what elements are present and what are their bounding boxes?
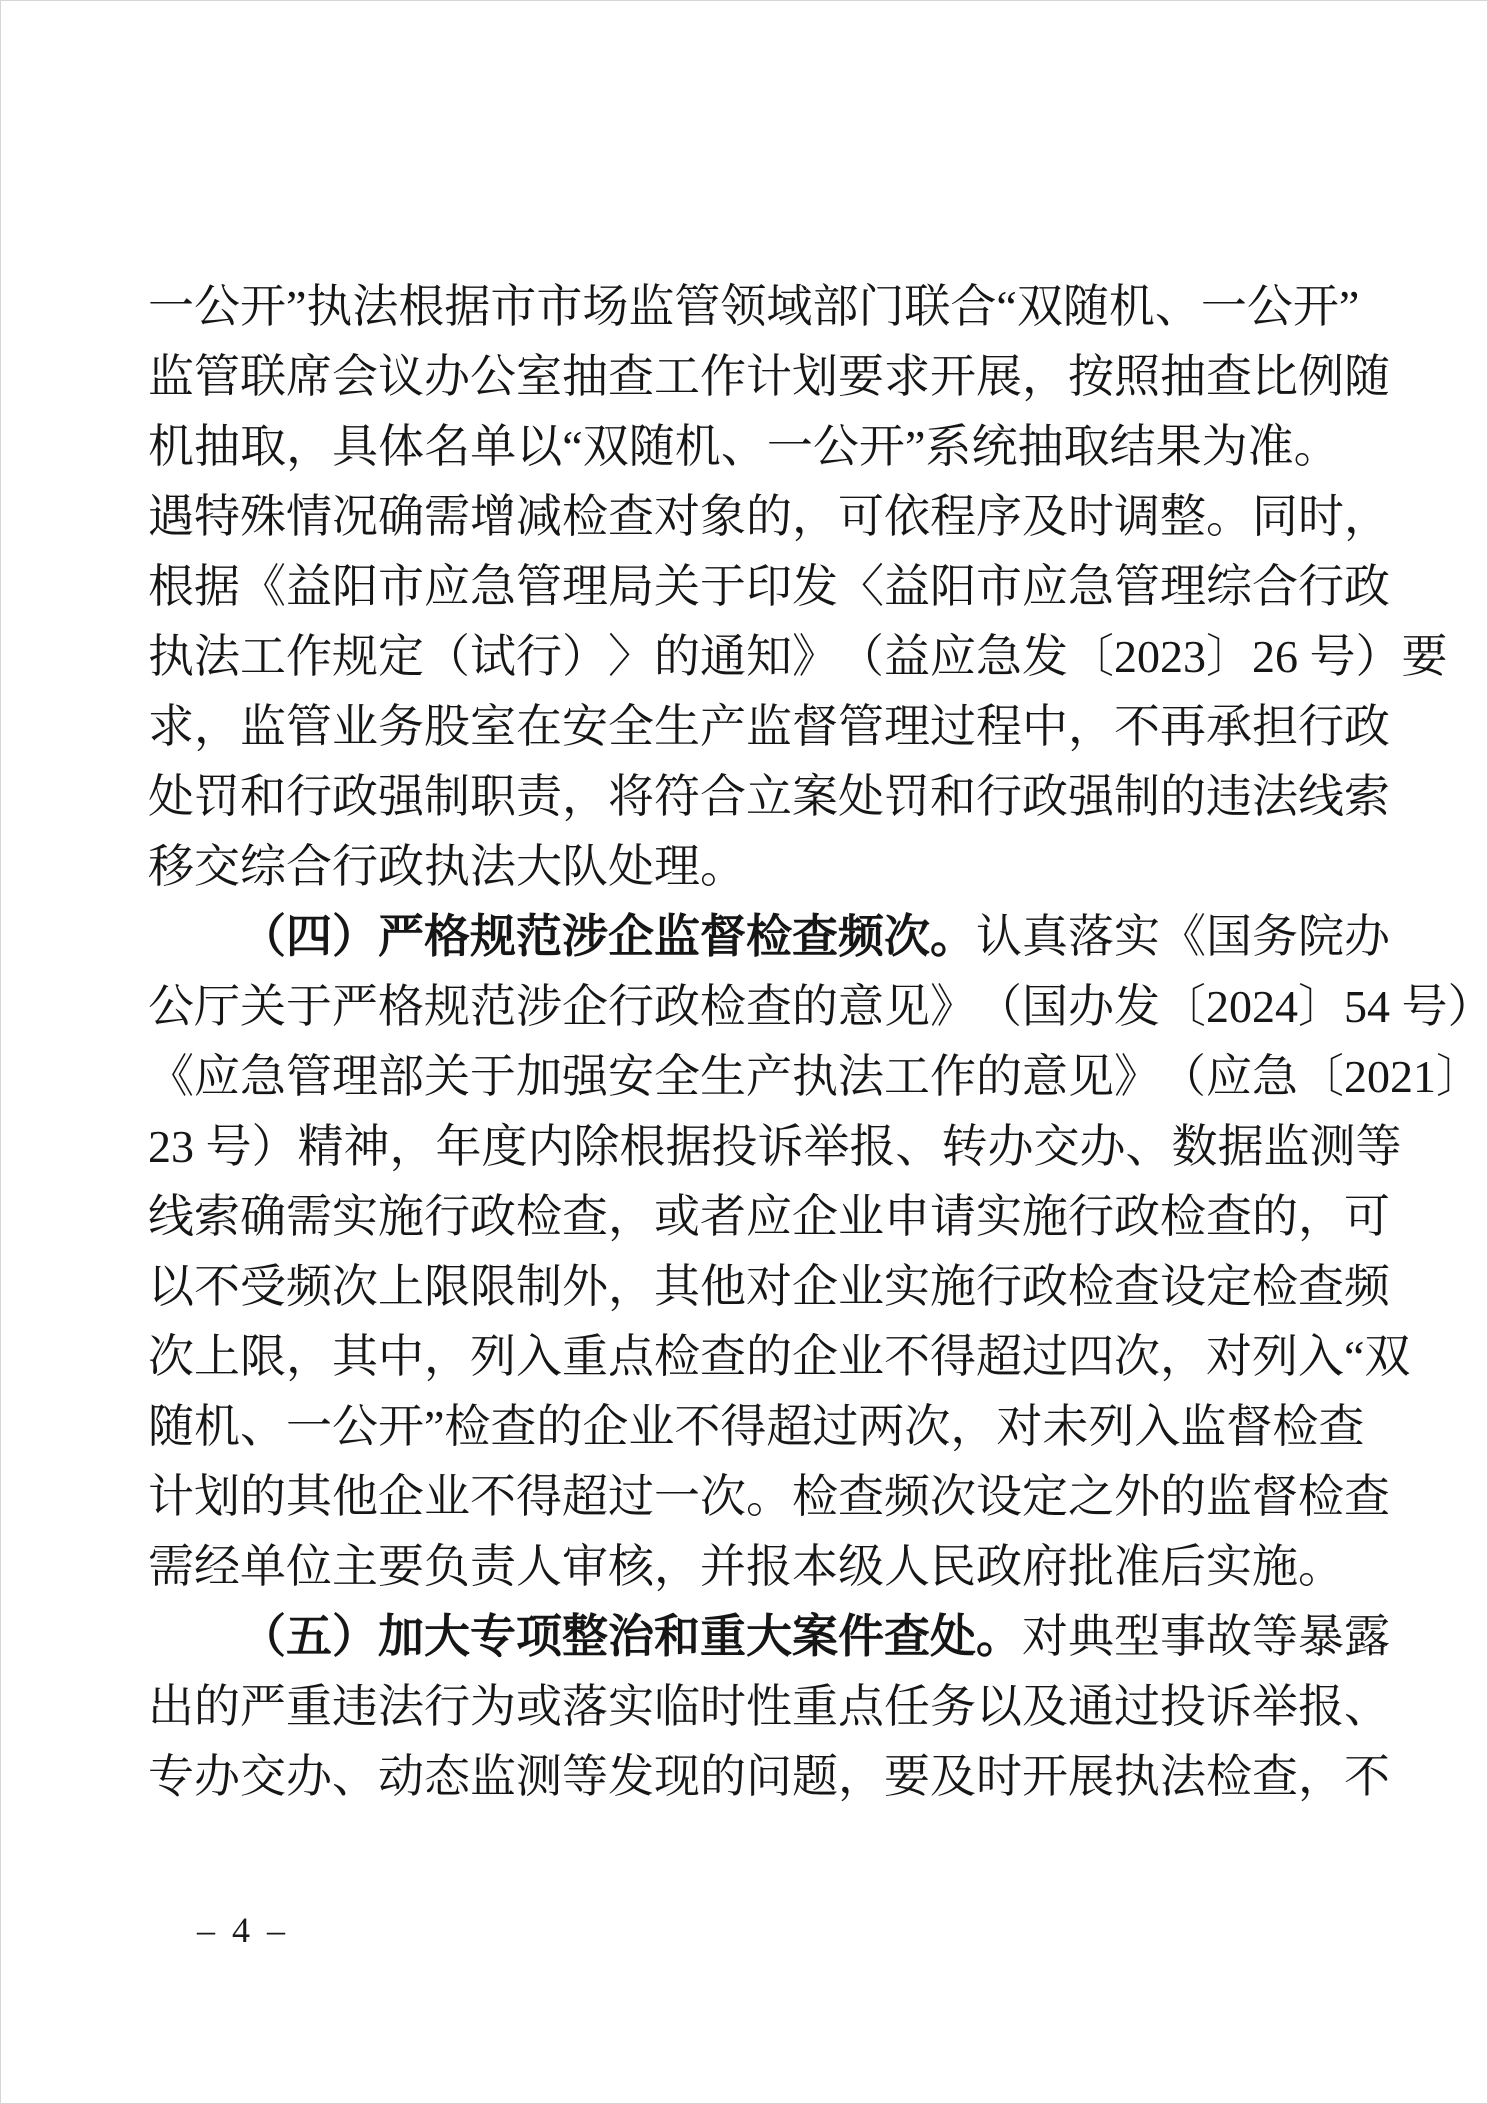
body-char: 实	[332, 1194, 378, 1240]
body-char: 落	[562, 1684, 608, 1730]
body-char: 监	[628, 284, 674, 330]
body-char: 号	[1310, 634, 1356, 680]
body-char: 得	[720, 1404, 766, 1450]
text-line: （四）严格规范涉企监督检查频次。认真落实《国务院办	[148, 902, 1340, 972]
body-char: ，	[950, 1404, 996, 1450]
body-char: 划	[792, 354, 838, 400]
body-char: 场	[582, 284, 628, 330]
body-char: 承	[1206, 704, 1252, 750]
body-char: 政	[1114, 1194, 1160, 1240]
body-char: 举	[1252, 1684, 1298, 1730]
body-char: 检	[516, 1194, 562, 1240]
body-char: 室	[470, 704, 516, 750]
body-char: 市	[976, 564, 1022, 610]
body-char: 施	[930, 1264, 976, 1310]
body-char: 国	[1206, 914, 1252, 960]
body-char: 据	[194, 564, 240, 610]
body-char: 2	[1160, 634, 1183, 680]
body-char: 见	[1068, 1054, 1114, 1100]
body-char: 严	[332, 984, 378, 1030]
body-char: 准	[1114, 1544, 1160, 1590]
body-char: 处	[838, 774, 884, 820]
body-char: 监	[148, 354, 194, 400]
body-char: 查	[1298, 1264, 1344, 1310]
body-char: 厅	[194, 984, 240, 1030]
body-char: 求	[884, 354, 930, 400]
body-char: 行	[1298, 564, 1344, 610]
body-char: 范	[470, 984, 516, 1030]
body-char: 要	[378, 1544, 424, 1590]
text-line: 机抽取，具体名单以“双随机、一公开”系统抽取结果为准。	[148, 412, 1340, 482]
paragraph-lead-char: 处	[930, 1614, 976, 1660]
body-char: 益	[286, 564, 332, 610]
body-char: 情	[286, 494, 332, 540]
paragraph-lead-char: 项	[516, 1614, 562, 1660]
body-char: 果	[1156, 424, 1202, 470]
body-char: 照	[1114, 354, 1160, 400]
body-char: 0	[1367, 1054, 1390, 1100]
body-char: 执	[792, 1054, 838, 1100]
body-char: 据	[444, 284, 490, 330]
body-char: 超	[766, 1404, 812, 1450]
body-char: 限	[240, 1334, 286, 1380]
body-char: 查	[1206, 354, 1252, 400]
body-char: 管	[1114, 564, 1160, 610]
body-char: 者	[700, 1194, 746, 1240]
body-char: 管	[674, 284, 720, 330]
body-char: 抽	[562, 354, 608, 400]
body-char: 为	[1202, 424, 1248, 470]
body-char: 列	[470, 1334, 516, 1380]
body-char: 不	[470, 1474, 516, 1520]
body-char: 办	[1080, 1124, 1126, 1170]
body-char: 序	[976, 494, 1022, 540]
body-char: （	[424, 634, 470, 680]
body-char: 管	[194, 354, 240, 400]
body-char: 领	[720, 284, 766, 330]
body-char: 交	[240, 1754, 286, 1800]
body-char: 单	[240, 1544, 286, 1590]
body-char: 政	[470, 1194, 516, 1240]
body-char: 频	[884, 1474, 930, 1520]
body-char: 国	[1022, 984, 1068, 1030]
body-char: 时	[1068, 494, 1114, 540]
body-char: 〔	[1160, 984, 1206, 1030]
body-char: ”	[905, 424, 925, 470]
body-char: 对	[1206, 1334, 1252, 1380]
paragraph-lead-char: 范	[516, 914, 562, 960]
body-char: ，	[194, 704, 240, 750]
paragraph-lead-char: 重	[700, 1614, 746, 1660]
body-char: 不	[1114, 704, 1160, 750]
body-char: 严	[240, 1684, 286, 1730]
body-char: 为	[470, 1684, 516, 1730]
body-char: 次	[930, 1474, 976, 1520]
body-char: 并	[700, 1544, 746, 1590]
body-char: 暴	[1298, 1614, 1344, 1660]
body-char: 依	[884, 494, 930, 540]
body-char: 举	[804, 1124, 850, 1170]
body-char: 部	[378, 1054, 424, 1100]
body-char: ，	[1160, 1334, 1206, 1380]
body-char: 查	[746, 984, 792, 1030]
body-char: 急	[1252, 1054, 1298, 1100]
body-char: 制	[1114, 774, 1160, 820]
body-char: 请	[930, 1194, 976, 1240]
text-line: 需经单位主要负责人审核，并报本级人民政府批准后实施。	[148, 1532, 1340, 1602]
body-char: 不	[884, 1334, 930, 1380]
body-char: 核	[608, 1544, 654, 1590]
body-char: 要	[1402, 634, 1448, 680]
body-char: 政	[332, 774, 378, 820]
body-char: 四	[1068, 1334, 1114, 1380]
body-char: 需	[286, 1194, 332, 1240]
paragraph-lead-char: 治	[608, 1614, 654, 1660]
body-char	[1390, 984, 1402, 1030]
body-char: 频	[286, 1264, 332, 1310]
body-char: 交	[1034, 1124, 1080, 1170]
body-char: 同	[1252, 494, 1298, 540]
body-char: 索	[194, 1194, 240, 1240]
body-char: ，	[1022, 354, 1068, 400]
body-char: 会	[332, 354, 378, 400]
body-char: 在	[516, 704, 562, 750]
body-char: ，	[390, 1124, 436, 1170]
body-char: 工	[884, 1054, 930, 1100]
body-char: 立	[746, 774, 792, 820]
body-char: 投	[1160, 1684, 1206, 1730]
body-char: ）	[1356, 634, 1402, 680]
body-char: 临	[654, 1684, 700, 1730]
body-char: 队	[562, 844, 608, 890]
body-char: 实	[884, 1264, 930, 1310]
body-char: 生	[654, 704, 700, 750]
body-char: 行	[424, 1684, 470, 1730]
body-char: 经	[194, 1544, 240, 1590]
body-char: 转	[942, 1124, 988, 1170]
body-char: 次	[332, 1264, 378, 1310]
body-char: 格	[378, 984, 424, 1030]
body-char: 执	[1114, 1754, 1160, 1800]
body-char: 查	[562, 1194, 608, 1240]
body-char: 入	[1134, 1404, 1180, 1450]
body-char: 等	[562, 1754, 608, 1800]
body-char: 诉	[758, 1124, 804, 1170]
body-char: 强	[378, 774, 424, 820]
body-char: 检	[700, 984, 746, 1030]
paragraph-lead-char: 五	[286, 1614, 332, 1660]
body-char: 益	[884, 634, 930, 680]
body-char: 超	[562, 1474, 608, 1520]
paragraph-lead-char: 企	[608, 914, 654, 960]
body-char: 意	[1022, 1054, 1068, 1100]
body-char: 监	[240, 704, 286, 750]
body-char: 务	[930, 1684, 976, 1730]
body-char: 〈	[838, 564, 884, 610]
body-char: 查	[700, 1334, 746, 1380]
body-char: 故	[1206, 1614, 1252, 1660]
body-char: 管	[286, 1054, 332, 1100]
body-char: 机	[148, 424, 194, 470]
body-char: 动	[378, 1754, 424, 1800]
paragraph-lead-char: 规	[470, 914, 516, 960]
body-char: 办	[194, 1754, 240, 1800]
body-char: 》	[930, 984, 976, 1030]
body-char: 合	[950, 284, 996, 330]
paragraph-lead-char: 督	[700, 914, 746, 960]
body-char: 符	[654, 774, 700, 820]
body-char: 按	[1068, 354, 1114, 400]
body-char: 〔	[1068, 634, 1114, 680]
body-char: 实	[608, 1684, 654, 1730]
body-char: 管	[516, 564, 562, 610]
body-char: 监	[470, 1754, 516, 1800]
body-char: 过	[812, 1404, 858, 1450]
body-char: 法	[838, 1054, 884, 1100]
body-char: 。	[1294, 424, 1340, 470]
body-char: 知	[746, 634, 792, 680]
body-char: 监	[746, 704, 792, 750]
body-char: 随	[629, 424, 675, 470]
body-char: 体	[378, 424, 424, 470]
body-char: 管	[838, 704, 884, 750]
body-char: 机	[1109, 284, 1155, 330]
body-char: 级	[838, 1544, 884, 1590]
body-char: 〔	[1298, 1054, 1344, 1100]
paragraph-lead-char: 涉	[562, 914, 608, 960]
body-char: 、	[332, 1754, 378, 1800]
body-char: 于	[470, 1054, 516, 1100]
body-char: 检	[562, 494, 608, 540]
body-char: 合	[286, 844, 332, 890]
body-char: 6	[1275, 634, 1298, 680]
body-char: ，	[1344, 494, 1390, 540]
body-char: 加	[516, 1054, 562, 1100]
body-char: 单	[470, 424, 516, 470]
body-char: 。	[746, 1474, 792, 1520]
body-char: 或	[516, 1684, 562, 1730]
body-char: 府	[1022, 1544, 1068, 1590]
body-char: 双	[583, 424, 629, 470]
body-char: 的	[746, 1334, 792, 1380]
body-char: 他	[700, 1264, 746, 1310]
body-char: 》	[1114, 1054, 1160, 1100]
body-char: 局	[608, 564, 654, 610]
body-char: 责	[470, 1544, 516, 1590]
body-char: 的	[976, 1054, 1022, 1100]
body-char: 等	[1356, 1124, 1402, 1170]
body-char: 施	[1252, 1544, 1298, 1590]
body-char: 查	[1114, 1264, 1160, 1310]
body-char: 比	[1252, 354, 1298, 400]
body-char: 列	[1088, 1404, 1134, 1450]
body-char: 划	[194, 1474, 240, 1520]
body-char: 一	[654, 1474, 700, 1520]
body-char: 部	[812, 284, 858, 330]
body-char: 时	[700, 1684, 746, 1730]
body-char: 民	[930, 1544, 976, 1590]
body-char: 综	[1206, 564, 1252, 610]
body-char: 产	[700, 704, 746, 750]
paragraph-lead-char: 查	[792, 914, 838, 960]
body-char: （	[838, 634, 884, 680]
paragraph-lead-char: 监	[654, 914, 700, 960]
body-char: 检	[1272, 1404, 1318, 1450]
body-char: 报	[746, 1544, 792, 1590]
body-char: 数	[1172, 1124, 1218, 1170]
body-char: 得	[516, 1474, 562, 1520]
body-char: 公	[470, 354, 516, 400]
body-char: 业	[332, 704, 378, 750]
paragraph-lead-char: ）	[332, 914, 378, 960]
body-char: 精	[298, 1124, 344, 1170]
body-char: 合	[1252, 564, 1298, 610]
body-char: ，	[1298, 1194, 1344, 1240]
body-char: 确	[240, 1194, 286, 1240]
body-char: 应	[1022, 564, 1068, 610]
body-char: 现	[654, 1754, 700, 1800]
body-char: 生	[700, 1054, 746, 1100]
body-char: 担	[1252, 704, 1298, 750]
paragraph-lead-char: （	[240, 914, 286, 960]
body-char: 务	[1252, 914, 1298, 960]
body-char: 可	[838, 494, 884, 540]
body-char: ”	[424, 1404, 444, 1450]
body-char: 2	[148, 1124, 171, 1170]
body-char: 查	[1344, 1474, 1390, 1520]
body-char: 的	[194, 1684, 240, 1730]
body-char: 强	[562, 1054, 608, 1100]
body-char: 报	[850, 1124, 896, 1170]
body-char: ，	[1298, 1754, 1344, 1800]
body-char: 需	[424, 494, 470, 540]
paragraph-lead-char: 次	[884, 914, 930, 960]
body-char: 对	[746, 1264, 792, 1310]
body-char: 法	[352, 284, 398, 330]
body-char: 。	[1298, 1544, 1344, 1590]
body-char: 督	[792, 704, 838, 750]
body-char: 行	[516, 634, 562, 680]
body-char: 诉	[1206, 1684, 1252, 1730]
body-char: 政	[654, 984, 700, 1030]
body-char: 联	[240, 354, 286, 400]
body-char: 法	[378, 1684, 424, 1730]
body-char: 线	[1298, 774, 1344, 820]
body-char: 见	[884, 984, 930, 1030]
body-char: 急	[1068, 564, 1114, 610]
body-char: 、	[1344, 1684, 1390, 1730]
body-char: 意	[838, 984, 884, 1030]
body-char: 行	[332, 844, 378, 890]
body-char: 政	[1344, 704, 1390, 750]
body-char: 管	[286, 704, 332, 750]
body-char: 行	[976, 774, 1022, 820]
body-char: 、	[721, 424, 767, 470]
body-char: 测	[516, 1754, 562, 1800]
body-char: 再	[1160, 704, 1206, 750]
body-char: ，	[608, 1194, 654, 1240]
body-char: ，	[286, 1334, 332, 1380]
body-char: 事	[1160, 1614, 1206, 1660]
body-char: 的	[240, 1474, 286, 1520]
body-char: 监	[1264, 1124, 1310, 1170]
body-char: 制	[424, 774, 470, 820]
body-char: ）	[562, 634, 608, 680]
body-char: 的	[792, 984, 838, 1030]
body-char: 安	[562, 704, 608, 750]
body-char: 例	[1298, 354, 1344, 400]
paragraph-lead-char: 检	[746, 914, 792, 960]
body-char: 根	[148, 564, 194, 610]
body-char: 施	[1022, 1194, 1068, 1240]
body-char: 定	[378, 634, 424, 680]
body-char: 企	[562, 984, 608, 1030]
body-char: 制	[516, 1264, 562, 1310]
body-char: 企	[792, 1194, 838, 1240]
body-char: 列	[1252, 1334, 1298, 1380]
body-char: 统	[971, 424, 1017, 470]
paragraph-lead-char: 加	[378, 1614, 424, 1660]
body-char: 发	[1114, 984, 1160, 1030]
body-char: 查	[1318, 1404, 1364, 1450]
body-char: 《	[1160, 914, 1206, 960]
body-char: 调	[1114, 494, 1160, 540]
body-char: 施	[378, 1194, 424, 1240]
body-char: 0	[1137, 634, 1160, 680]
body-char: 〕	[1206, 634, 1252, 680]
body-char: 关	[424, 1054, 470, 1100]
body-char: 急	[976, 634, 1022, 680]
body-char: 入	[1298, 1334, 1344, 1380]
body-char: 4	[1275, 984, 1298, 1030]
body-char: 抽	[194, 424, 240, 470]
body-char: 办	[286, 1754, 332, 1800]
body-char: 时	[976, 1754, 1022, 1800]
body-char: 规	[332, 634, 378, 680]
body-char: 2	[1252, 634, 1275, 680]
body-char: 不	[674, 1404, 720, 1450]
body-char: 以	[976, 1684, 1022, 1730]
body-char: 强	[1068, 774, 1114, 820]
body-char: 2	[1252, 984, 1275, 1030]
body-char: 一	[148, 284, 194, 330]
body-char: 等	[1252, 1614, 1298, 1660]
body-char: 涉	[516, 984, 562, 1030]
body-char: 要	[838, 354, 884, 400]
body-char: 企	[378, 1474, 424, 1520]
body-char: 督	[1252, 1474, 1298, 1520]
body-char: 批	[1068, 1544, 1114, 1590]
body-char: 交	[194, 844, 240, 890]
body-char: 产	[746, 1054, 792, 1100]
body-char: 。	[1206, 494, 1252, 540]
body-char: 和	[930, 774, 976, 820]
body-char: 检	[1252, 1264, 1298, 1310]
body-char: 机	[194, 1404, 240, 1450]
body-char: 的	[654, 634, 700, 680]
body-char: 减	[516, 494, 562, 540]
body-char: 系	[925, 424, 971, 470]
body-char: 型	[1114, 1614, 1160, 1660]
body-char: 随	[148, 1404, 194, 1450]
body-char: 处	[148, 774, 194, 820]
body-char: 申	[884, 1194, 930, 1240]
body-char: 具	[332, 424, 378, 470]
paragraph-lead-char: 频	[838, 914, 884, 960]
body-char: 名	[424, 424, 470, 470]
body-char: 责	[516, 774, 562, 820]
body-char: 出	[148, 1684, 194, 1730]
